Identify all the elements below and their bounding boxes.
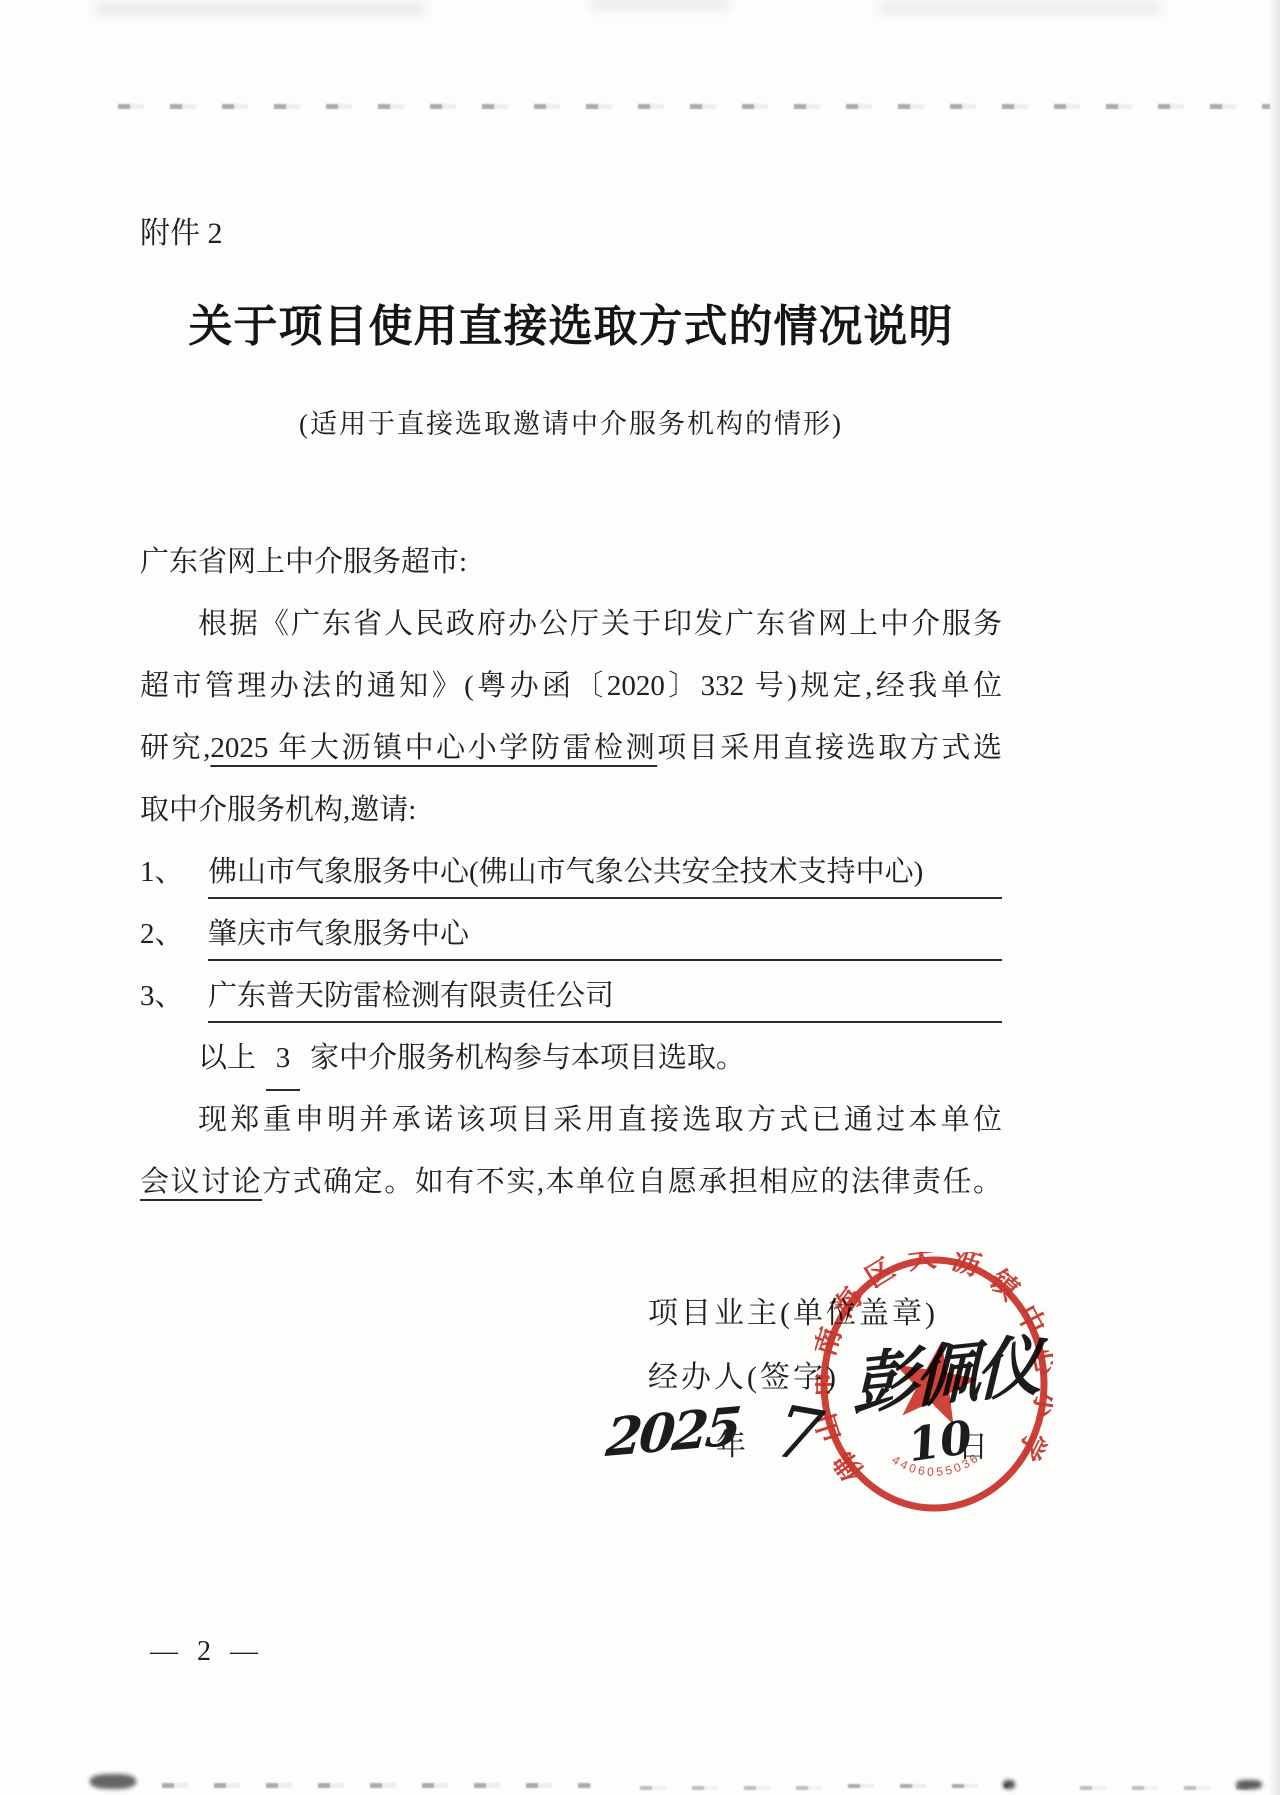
scan-artifact-top-smudge <box>590 0 730 10</box>
page-number: — 2 — <box>150 1636 264 1668</box>
scanned-document-page: 附件 2 关于项目使用直接选取方式的情况说明 (适用于直接选取邀请中介服务机构的… <box>0 0 1280 1795</box>
list-number: 1、 <box>140 841 208 903</box>
body-text: 家中介服务机构参与本项目选取。 <box>310 1042 745 1074</box>
project-name-underlined: 2025 年大沥镇中心小学防雷检测 <box>210 732 657 764</box>
summary-line: 以上3家中介服务机构参与本项目选取。 <box>140 1027 1002 1089</box>
body-line: 取中介服务机构,邀请: <box>140 779 1002 841</box>
agency-name: 佛山市气象服务中心(佛山市气象公共安全技术支持中心) <box>208 847 1002 899</box>
method-underlined: 会议讨论 <box>140 1166 262 1198</box>
body-text: 项目采用直接选取方式选 <box>657 732 1002 764</box>
scan-artifact-bottom-dot <box>1236 1780 1262 1789</box>
scan-artifact-bottom-line <box>640 1786 830 1790</box>
body-text: 以上 <box>198 1042 256 1074</box>
document-body: 广东省网上中介服务超市: 根据《广东省人民政府办公厅关于印发广东省网上中介服务 … <box>140 531 1002 1213</box>
agency-count-underlined: 3 <box>266 1027 300 1091</box>
agent-signature-label: 经办人(签字) <box>648 1352 839 1396</box>
body-text: 研究, <box>140 732 210 764</box>
scan-artifact-bottom-line <box>162 1783 592 1788</box>
body-line: 超市管理办法的通知》(粤办函〔2020〕332 号)规定,经我单位 <box>140 655 1002 717</box>
year-unit-label: 年 <box>716 1420 746 1464</box>
document-subtitle: (适用于直接选取邀请中介服务机构的情形) <box>140 402 1002 441</box>
scan-artifact-bottom-blob <box>90 1774 136 1789</box>
official-seal: 佛山市南海区大沥镇中心小学 4406055036 <box>815 1252 1053 1516</box>
body-line: 根据《广东省人民政府办公厅关于印发广东省网上中介服务 <box>140 593 1002 655</box>
scan-artifact-bottom-dot <box>1003 1780 1015 1789</box>
svg-text:4406055036: 4406055036 <box>890 1450 983 1479</box>
body-line: 研究,2025 年大沥镇中心小学防雷检测项目采用直接选取方式选 <box>140 717 1002 779</box>
scan-artifact-top-smudge <box>880 2 1160 14</box>
declaration-line: 现郑重申明并承诺该项目采用直接选取方式已通过本单位 <box>140 1089 1002 1151</box>
body-text: 方式确定。如有不实,本单位自愿承担相应的法律责任。 <box>262 1166 1002 1198</box>
scan-artifact-dotted-line <box>118 104 1270 109</box>
attachment-label: 附件 2 <box>140 208 223 252</box>
agency-list-item: 3、 广东普天防雷检测有限责任公司 <box>140 965 1002 1027</box>
scan-artifact-bottom-line <box>848 1784 1008 1788</box>
seal-star-icon <box>887 1334 983 1427</box>
agency-list-item: 1、 佛山市气象服务中心(佛山市气象公共安全技术支持中心) <box>140 841 1002 903</box>
seal-serial-number: 4406055036 <box>890 1450 983 1479</box>
agency-name: 广东普天防雷检测有限责任公司 <box>208 971 1002 1023</box>
scan-artifact-top-smudge <box>95 2 425 15</box>
salutation: 广东省网上中介服务超市: <box>140 531 1002 593</box>
list-number: 2、 <box>140 903 208 965</box>
scan-artifact-edge-shade <box>1268 0 1280 1795</box>
agency-list-item: 2、 肇庆市气象服务中心 <box>140 903 1002 965</box>
list-number: 3、 <box>140 965 208 1027</box>
agency-name: 肇庆市气象服务中心 <box>208 909 1002 961</box>
document-title: 关于项目使用直接选取方式的情况说明 <box>140 290 1002 354</box>
declaration-line: 会议讨论方式确定。如有不实,本单位自愿承担相应的法律责任。 <box>140 1151 1002 1213</box>
